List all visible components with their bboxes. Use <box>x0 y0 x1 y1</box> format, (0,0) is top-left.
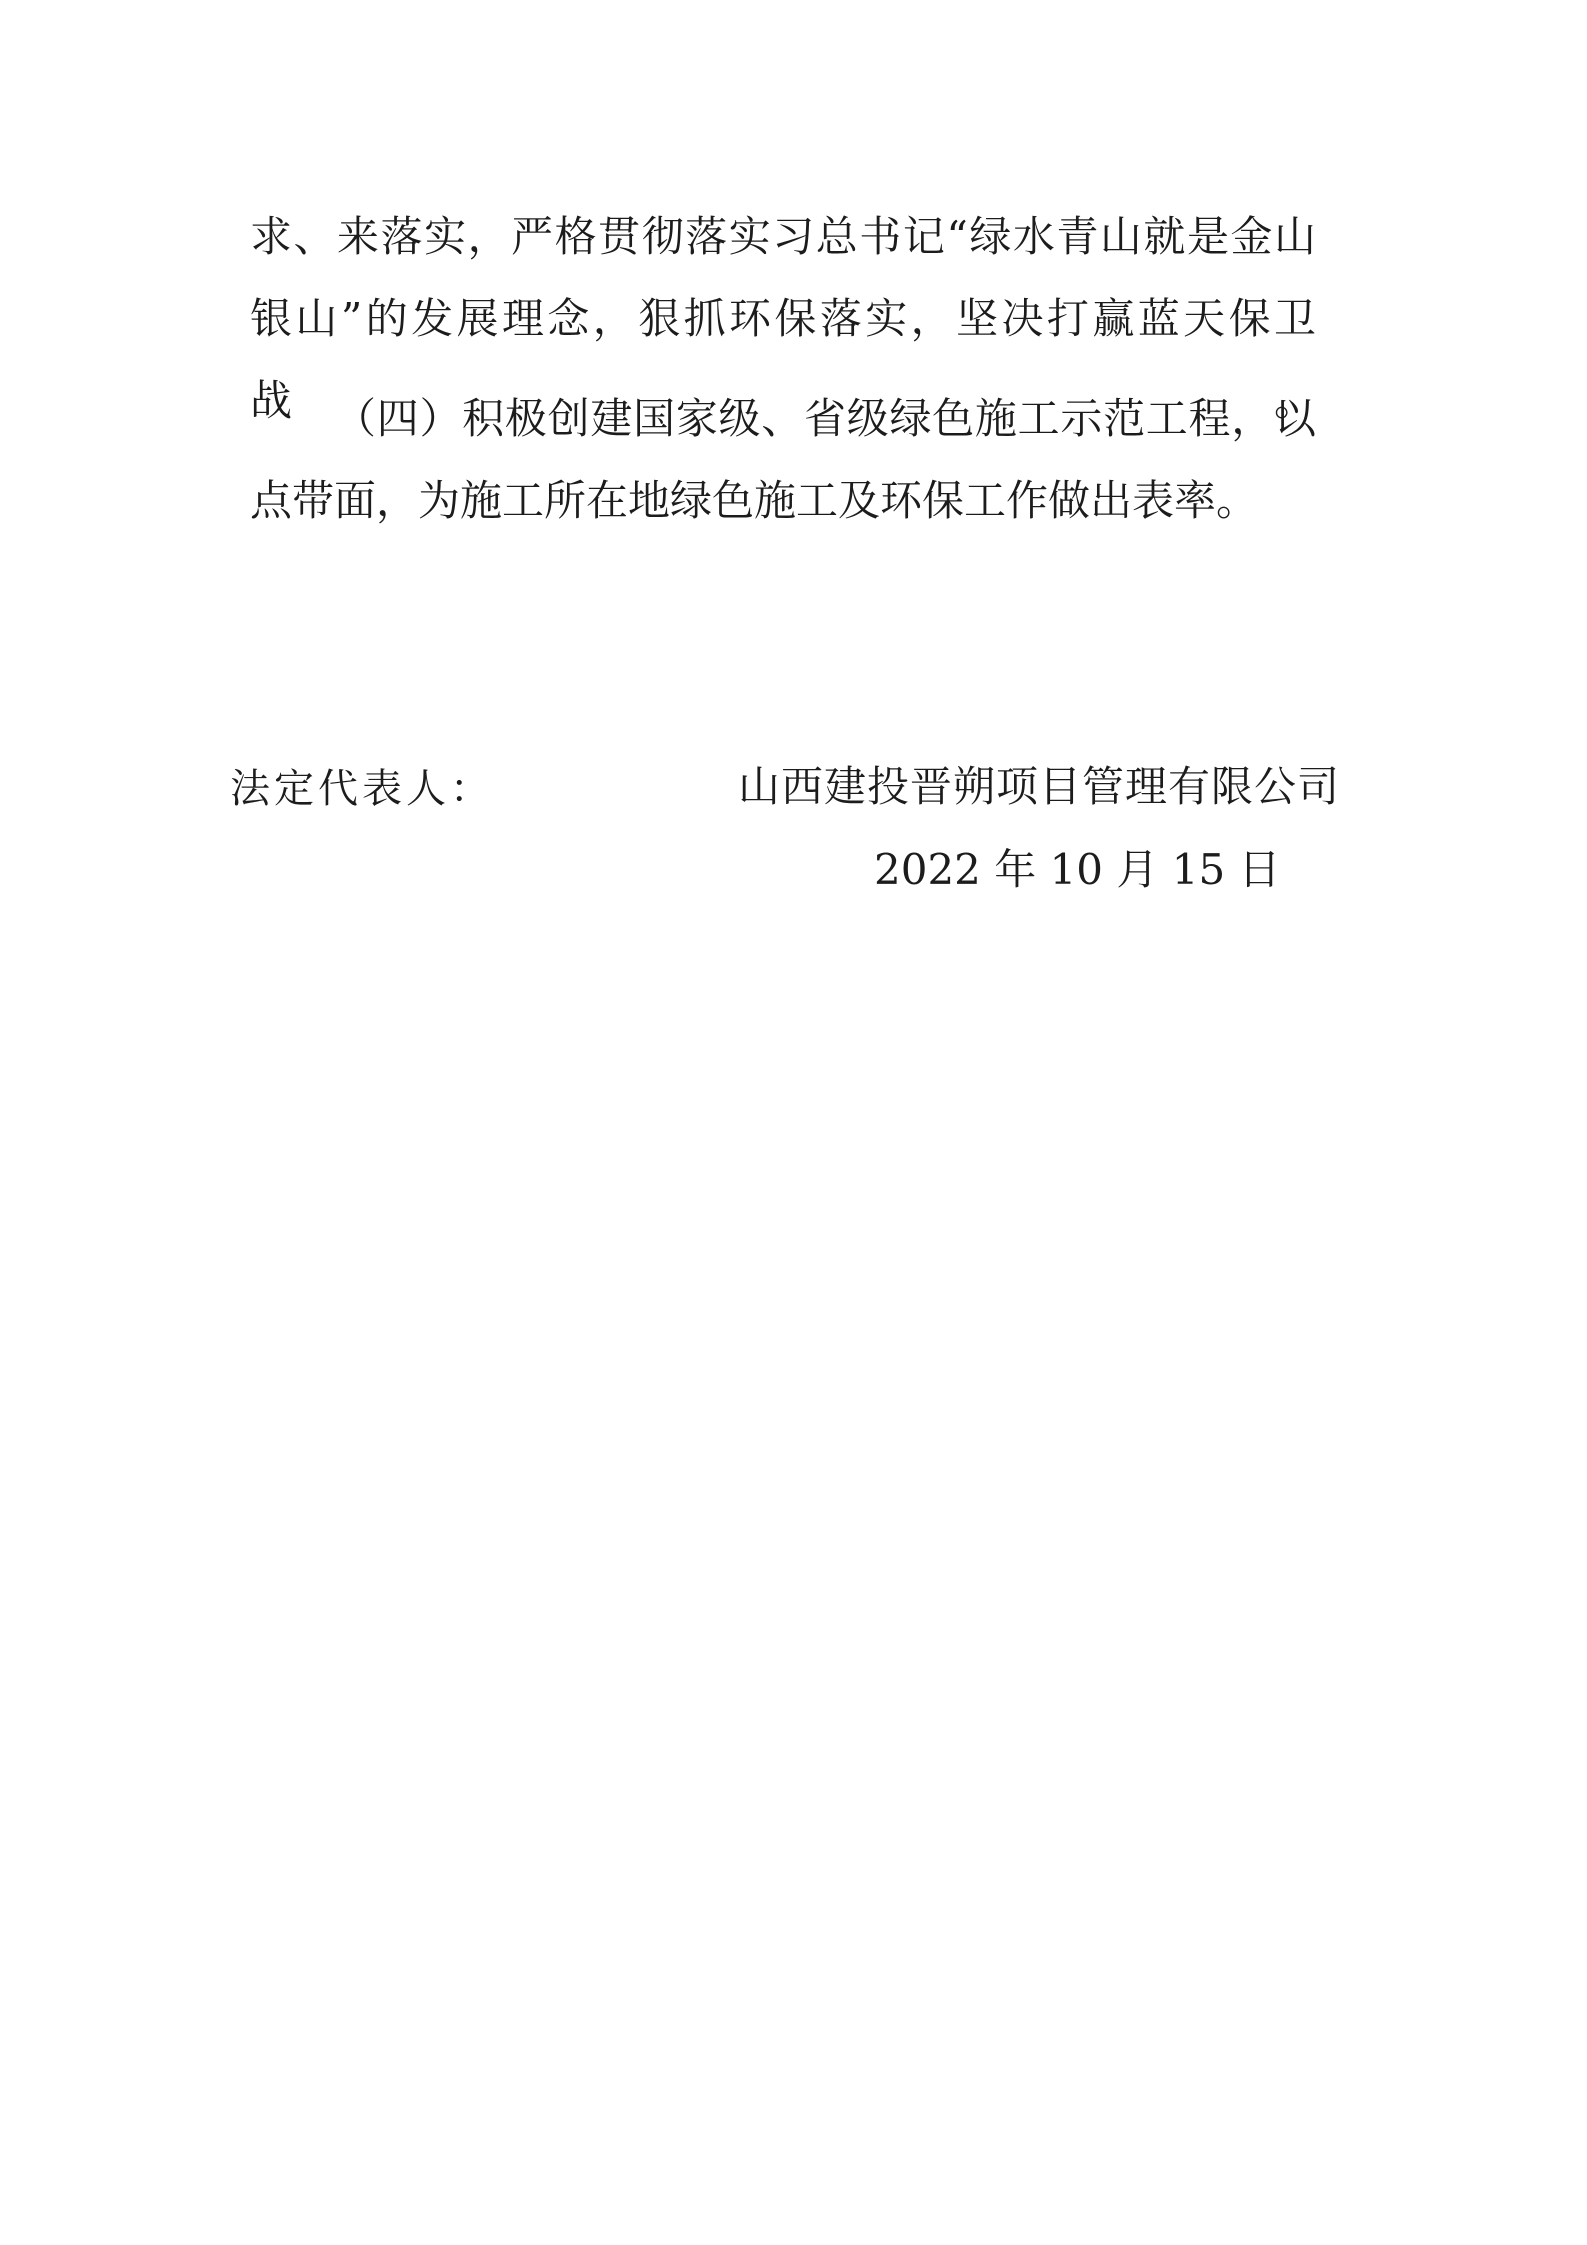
text-line: 银山”的发展理念，狠抓环保落实，坚决打赢蓝天保卫战。 <box>250 278 1316 360</box>
text-line: （四）积极创建国家级、省级绿色施工示范工程，以 <box>250 378 1316 460</box>
paragraph-2: （四）积极创建国家级、省级绿色施工示范工程，以点带面，为施工所在地绿色施工及环保… <box>250 378 1316 542</box>
document-page: 求、来落实，严格贯彻落实习总书记“绿水青山就是金山银山”的发展理念，狠抓环保落实… <box>0 0 1587 2245</box>
paragraph-1: 求、来落实，严格贯彻落实习总书记“绿水青山就是金山银山”的发展理念，狠抓环保落实… <box>250 196 1316 360</box>
text-line: 点带面，为施工所在地绿色施工及环保工作做出表率。 <box>250 460 1316 542</box>
legal-representative-label: 法定代表人： <box>230 769 494 809</box>
document-body: 求、来落实，严格贯彻落实习总书记“绿水青山就是金山银山”的发展理念，狠抓环保落实… <box>250 196 1316 542</box>
document-date: 2022 年 10 月 15 日 <box>874 849 1281 891</box>
text-line: 求、来落实，严格贯彻落实习总书记“绿水青山就是金山 <box>250 196 1316 278</box>
company-name: 山西建投晋朔项目管理有限公司 <box>738 766 1340 808</box>
